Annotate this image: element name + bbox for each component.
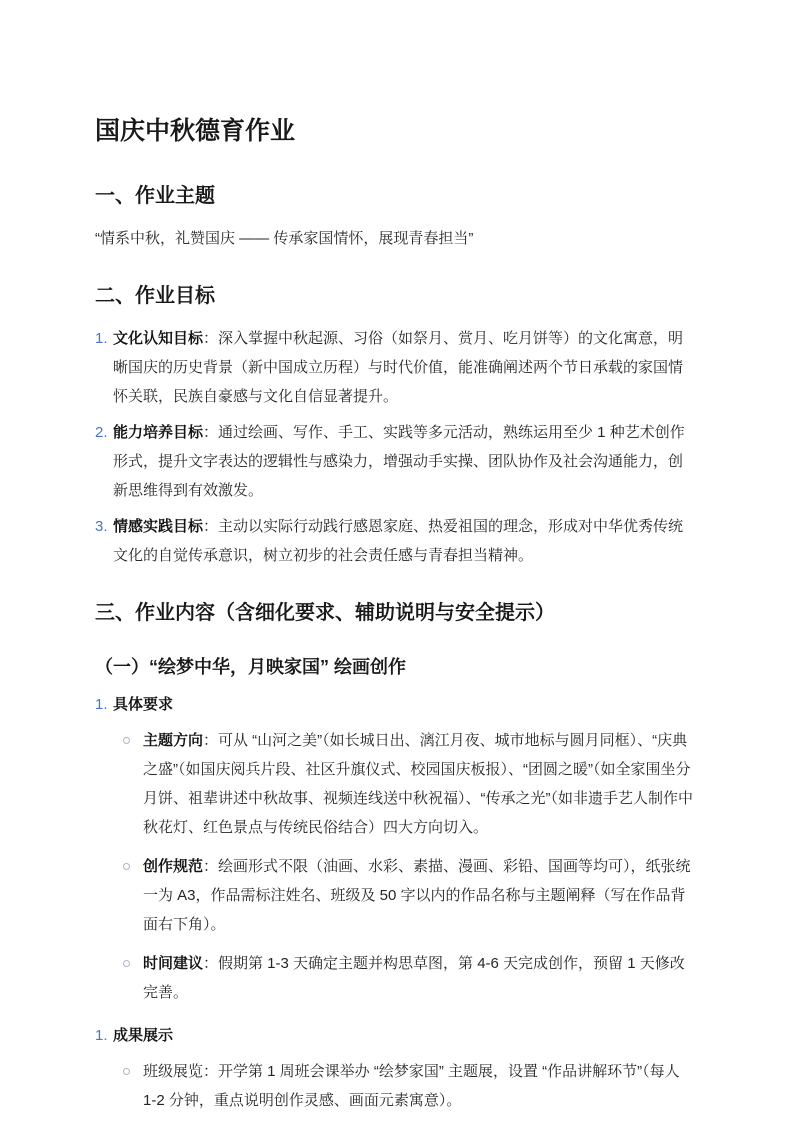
requirements-label: 具体要求 <box>113 690 697 719</box>
circle-bullet-icon <box>123 1068 130 1075</box>
circle-bullet-icon <box>123 960 130 967</box>
theme-quote: “情系中秋，礼赞国庆 —— 传承家国情怀，展现青春担当” <box>95 224 697 253</box>
section-goals-heading: 二、作业目标 <box>95 283 697 309</box>
bullet-creation-spec-text: 创作规范：绘画形式不限（油画、水彩、素描、漫画、彩铅、国画等均可），纸张统一为 … <box>143 852 697 939</box>
bullet-time-advice-label: 时间建议 <box>143 955 203 972</box>
goal-1-number: 1. <box>95 324 113 353</box>
goal-3-text: 情感实践目标：主动以实际行动践行感恩家庭、热爱祖国的理念，形成对中华优秀传统文化… <box>113 512 697 570</box>
goal-2-label: 能力培养目标 <box>113 424 203 441</box>
painting-subheading: （一）“绘梦中华，月映家国” 绘画创作 <box>95 656 697 679</box>
goal-2-number: 2. <box>95 418 113 447</box>
goal-item-2: 2. 能力培养目标：通过绘画、写作、手工、实践等多元活动，熟练运用至少 1 种艺… <box>95 418 697 505</box>
bullet-theme-direction-text: 主题方向：可从 “山河之美”（如长城日出、漓江月夜、城市地标与圆月同框）、“庆典… <box>143 726 697 842</box>
document-page: 国庆中秋德育作业 一、作业主题 “情系中秋，礼赞国庆 —— 传承家国情怀，展现青… <box>0 0 793 1122</box>
goal-2-text: 能力培养目标：通过绘画、写作、手工、实践等多元活动，熟练运用至少 1 种艺术创作… <box>113 418 697 505</box>
bullet-time-advice-text: 时间建议：假期第 1-3 天确定主题并构思草图，第 4-6 天完成创作，预留 1… <box>143 949 697 1007</box>
circle-bullet-icon <box>123 863 130 870</box>
bullet-time-advice: 时间建议：假期第 1-3 天确定主题并构思草图，第 4-6 天完成创作，预留 1… <box>121 949 697 1007</box>
bullet-time-advice-body: ：假期第 1-3 天确定主题并构思草图，第 4-6 天完成创作，预留 1 天修改… <box>143 955 685 1001</box>
results-list: 1. 成果展示 <box>95 1021 697 1050</box>
results-number: 1. <box>95 1021 113 1050</box>
results-bullets: 班级展览：开学第 1 周班会课举办 “绘梦家国” 主题展，设置 “作品讲解环节”… <box>121 1057 697 1115</box>
circle-bullet-icon <box>123 737 130 744</box>
results-label: 成果展示 <box>113 1021 697 1050</box>
goal-1-text: 文化认知目标：深入掌握中秋起源、习俗（如祭月、赏月、吃月饼等）的文化寓意，明晰国… <box>113 324 697 411</box>
goal-3-label: 情感实践目标 <box>113 518 203 535</box>
bullet-theme-direction-body: ：可从 “山河之美”（如长城日出、漓江月夜、城市地标与圆月同框）、“庆典之盛”（… <box>143 732 693 836</box>
page-title: 国庆中秋德育作业 <box>95 116 697 147</box>
bullet-creation-spec-label: 创作规范 <box>143 858 203 875</box>
bullet-creation-spec: 创作规范：绘画形式不限（油画、水彩、素描、漫画、彩铅、国画等均可），纸张统一为 … <box>121 852 697 939</box>
bullet-class-exhibition-text: 班级展览：开学第 1 周班会课举办 “绘梦家国” 主题展，设置 “作品讲解环节”… <box>143 1057 697 1115</box>
results-item: 1. 成果展示 <box>95 1021 697 1050</box>
requirements-bullets: 主题方向：可从 “山河之美”（如长城日出、漓江月夜、城市地标与圆月同框）、“庆典… <box>121 726 697 1007</box>
bullet-theme-direction-label: 主题方向 <box>143 732 203 749</box>
goal-item-3: 3. 情感实践目标：主动以实际行动践行感恩家庭、热爱祖国的理念，形成对中华优秀传… <box>95 512 697 570</box>
requirements-number: 1. <box>95 690 113 719</box>
bullet-creation-spec-body: ：绘画形式不限（油画、水彩、素描、漫画、彩铅、国画等均可），纸张统一为 A3，作… <box>143 858 691 933</box>
goals-list: 1. 文化认知目标：深入掌握中秋起源、习俗（如祭月、赏月、吃月饼等）的文化寓意，… <box>95 324 697 570</box>
bullet-class-exhibition: 班级展览：开学第 1 周班会课举办 “绘梦家国” 主题展，设置 “作品讲解环节”… <box>121 1057 697 1115</box>
requirements-item: 1. 具体要求 <box>95 690 697 719</box>
bullet-theme-direction: 主题方向：可从 “山河之美”（如长城日出、漓江月夜、城市地标与圆月同框）、“庆典… <box>121 726 697 842</box>
goal-3-number: 3. <box>95 512 113 541</box>
section-content-heading: 三、作业内容（含细化要求、辅助说明与安全提示） <box>95 600 697 626</box>
goal-1-label: 文化认知目标 <box>113 330 203 347</box>
requirements-list: 1. 具体要求 <box>95 690 697 719</box>
section-theme-heading: 一、作业主题 <box>95 183 697 209</box>
goal-item-1: 1. 文化认知目标：深入掌握中秋起源、习俗（如祭月、赏月、吃月饼等）的文化寓意，… <box>95 324 697 411</box>
